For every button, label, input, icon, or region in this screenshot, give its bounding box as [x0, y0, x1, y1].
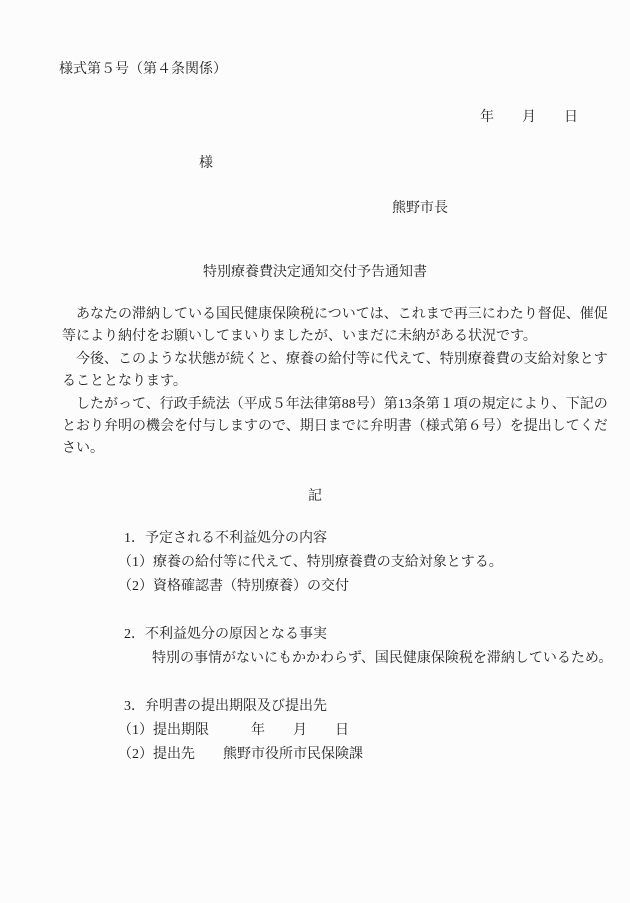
addressee-honorific: 様	[199, 157, 213, 171]
body-line-3: 今後、このような状態が続くと、療養の給付等に代えて、特別療養費の支給対象とす	[62, 349, 587, 371]
form-number: 様式第５号（第４条関係）	[59, 63, 227, 77]
sections-block: 1．予定される不利益処分の内容 （1）療養の給付等に代えて、特別療養費の支給対象…	[118, 527, 612, 791]
body-line-5: したがって、行政手続法（平成５年法律第88号）第13条第１項の規定により、下記の	[62, 394, 587, 416]
section-3: 3．弁明書の提出期限及び提出先 （1）提出期限 年 月 日 （2）提出先 熊野市…	[118, 695, 612, 767]
section-3-item-1: （1）提出期限 年 月 日	[118, 719, 612, 743]
notation-marker: 記	[0, 490, 630, 504]
body-line-4: ることとなります。	[62, 371, 587, 393]
section-2-body: 特別の事情がないにもかかわらず、国民健康保険税を滞納しているため。	[118, 647, 612, 671]
body-line-1: あなたの滞納している国民健康保険税については、これまで再三にわたり督促、催促	[62, 304, 587, 326]
section-1: 1．予定される不利益処分の内容 （1）療養の給付等に代えて、特別療養費の支給対象…	[118, 527, 612, 599]
sender-title: 熊野市長	[392, 202, 448, 216]
section-3-item-2: （2）提出先 熊野市役所市民保険課	[118, 743, 612, 767]
body-line-6: とおり弁明の機会を付与しますので、期日までに弁明書（様式第６号）を提出してくだ	[62, 416, 587, 438]
section-1-heading: 1．予定される不利益処分の内容	[118, 527, 612, 551]
section-1-item-1: （1）療養の給付等に代えて、特別療養費の支給対象とする。	[118, 551, 612, 575]
document-title: 特別療養費決定通知交付予告通知書	[0, 266, 630, 280]
body-line-2: 等により納付をお願いしてまいりましたが、いまだに未納がある状況です。	[62, 326, 587, 348]
section-2-heading: 2．不利益処分の原因となる事実	[118, 623, 612, 647]
issue-date-line: 年 月 日	[480, 111, 578, 125]
body-text: あなたの滞納している国民健康保険税については、これまで再三にわたり督促、催促 等…	[62, 304, 587, 461]
body-line-7: さい。	[62, 438, 587, 460]
document-page: 様式第５号（第４条関係） 年 月 日 様 熊野市長 特別療養費決定通知交付予告通…	[0, 0, 630, 903]
section-1-item-2: （2）資格確認書（特別療養）の交付	[118, 575, 612, 599]
section-3-heading: 3．弁明書の提出期限及び提出先	[118, 695, 612, 719]
section-2: 2．不利益処分の原因となる事実 特別の事情がないにもかかわらず、国民健康保険税を…	[118, 623, 612, 671]
